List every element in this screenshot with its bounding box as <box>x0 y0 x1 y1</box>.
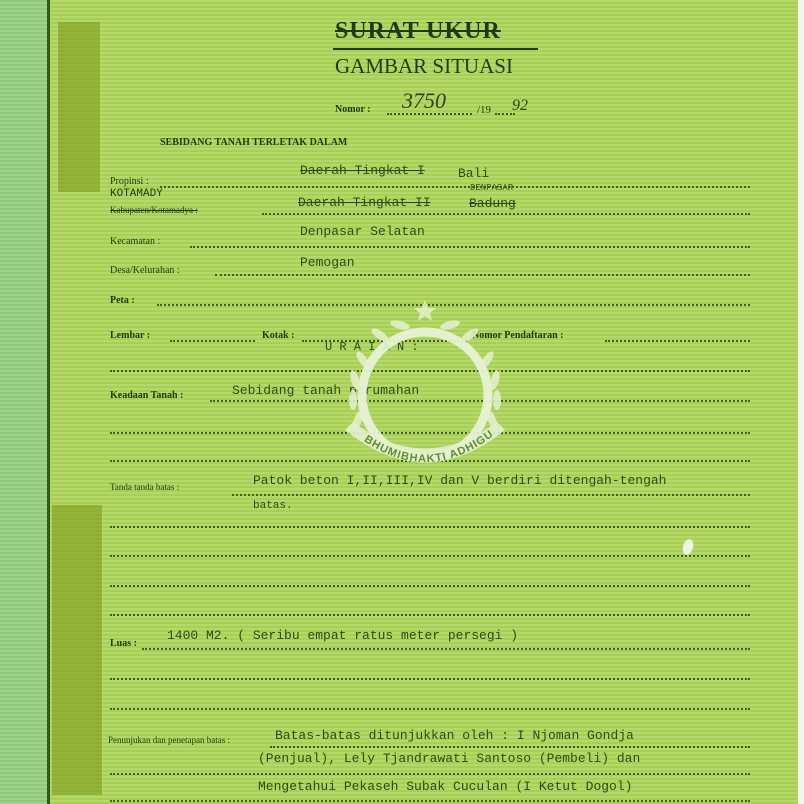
kotamady-handwritten: KOTAMADY <box>110 188 163 200</box>
kabupaten-struck-2: Badung <box>469 196 516 211</box>
desa-value: Pemogan <box>300 255 355 270</box>
kecamatan-line <box>190 246 750 248</box>
tanda-batas-line2: batas. <box>253 500 293 512</box>
rule-line-9 <box>110 708 750 710</box>
rule-line-4 <box>110 526 750 528</box>
title: GAMBAR SITUASI <box>335 54 513 79</box>
lembar-line <box>170 340 255 342</box>
kecamatan-value: Denpasar Selatan <box>300 224 425 239</box>
rule-line-8 <box>110 678 750 680</box>
luas-value: 1400 M2. ( Seribu empat ratus meter pers… <box>167 628 518 643</box>
page-right-edge <box>798 0 804 804</box>
desa-line <box>215 274 750 276</box>
title-struck: SURAT UKUR <box>335 18 501 45</box>
tanda-batas-line-1 <box>232 494 750 496</box>
luas-label: Luas : <box>110 638 137 649</box>
svg-text:BHUMIBHAKTI ADHIGUNA: BHUMIBHAKTI ADHIGUNA <box>325 300 496 465</box>
kotak-label: Kotak : <box>262 330 295 341</box>
luas-line <box>142 648 750 650</box>
year-value: 92 <box>512 97 528 115</box>
kecamatan-label: Kecamatan : <box>110 236 160 247</box>
bhumibhakti-seal-emblem: BHUMIBHAKTI ADHIGUNA <box>325 300 525 480</box>
section-heading: SEBIDANG TANAH TERLETAK DALAM <box>160 137 347 148</box>
nomor-pendaftaran-line <box>605 340 750 342</box>
kabupaten-line <box>262 213 750 215</box>
propinsi-line <box>160 186 750 188</box>
tanda-batas-label: Tanda tanda batas : <box>110 482 179 492</box>
kabupaten-label: Kabupaten/Kotamadya : <box>110 205 198 215</box>
tape-mark-bottom <box>52 505 102 795</box>
year-prefix: /19 <box>477 104 491 116</box>
left-page-strip <box>0 0 47 804</box>
penunjukan-line-3 <box>110 800 750 802</box>
nomor-value: 3750 <box>402 88 446 114</box>
title-underline <box>333 48 538 50</box>
kabupaten-struck: Daerah Tingkat II <box>298 195 431 210</box>
lembar-label: Lembar : <box>110 330 150 341</box>
penunjukan-line3: Mengetahui Pekaseh Subak Cuculan (I Ketu… <box>258 779 632 794</box>
propinsi-value: Bali <box>458 166 489 181</box>
penunjukan-line1: Batas-batas ditunjukkan oleh : I Njoman … <box>275 728 634 743</box>
rule-line-5 <box>110 555 750 557</box>
rule-line-6 <box>110 585 750 587</box>
kabupaten-handwritten-value: DENPASAR <box>470 183 513 193</box>
penunjukan-label: Penunjukan dan penetapan batas : <box>108 735 230 745</box>
propinsi-label: Propinsi : <box>110 176 149 187</box>
penunjukan-line-1 <box>270 746 750 748</box>
rule-line-7 <box>110 614 750 616</box>
desa-label: Desa/Kelurahan : <box>110 265 180 276</box>
propinsi-struck: Daerah Tingkat I <box>300 163 425 178</box>
peta-label: Peta : <box>110 295 135 306</box>
nomor-label: Nomor : <box>335 104 371 115</box>
penunjukan-line2: (Penjual), Lely Tjandrawati Santoso (Pem… <box>258 751 640 766</box>
tape-mark-top <box>58 22 100 192</box>
penunjukan-line-2 <box>110 773 750 775</box>
keadaan-tanah-label: Keadaan Tanah : <box>110 390 183 401</box>
